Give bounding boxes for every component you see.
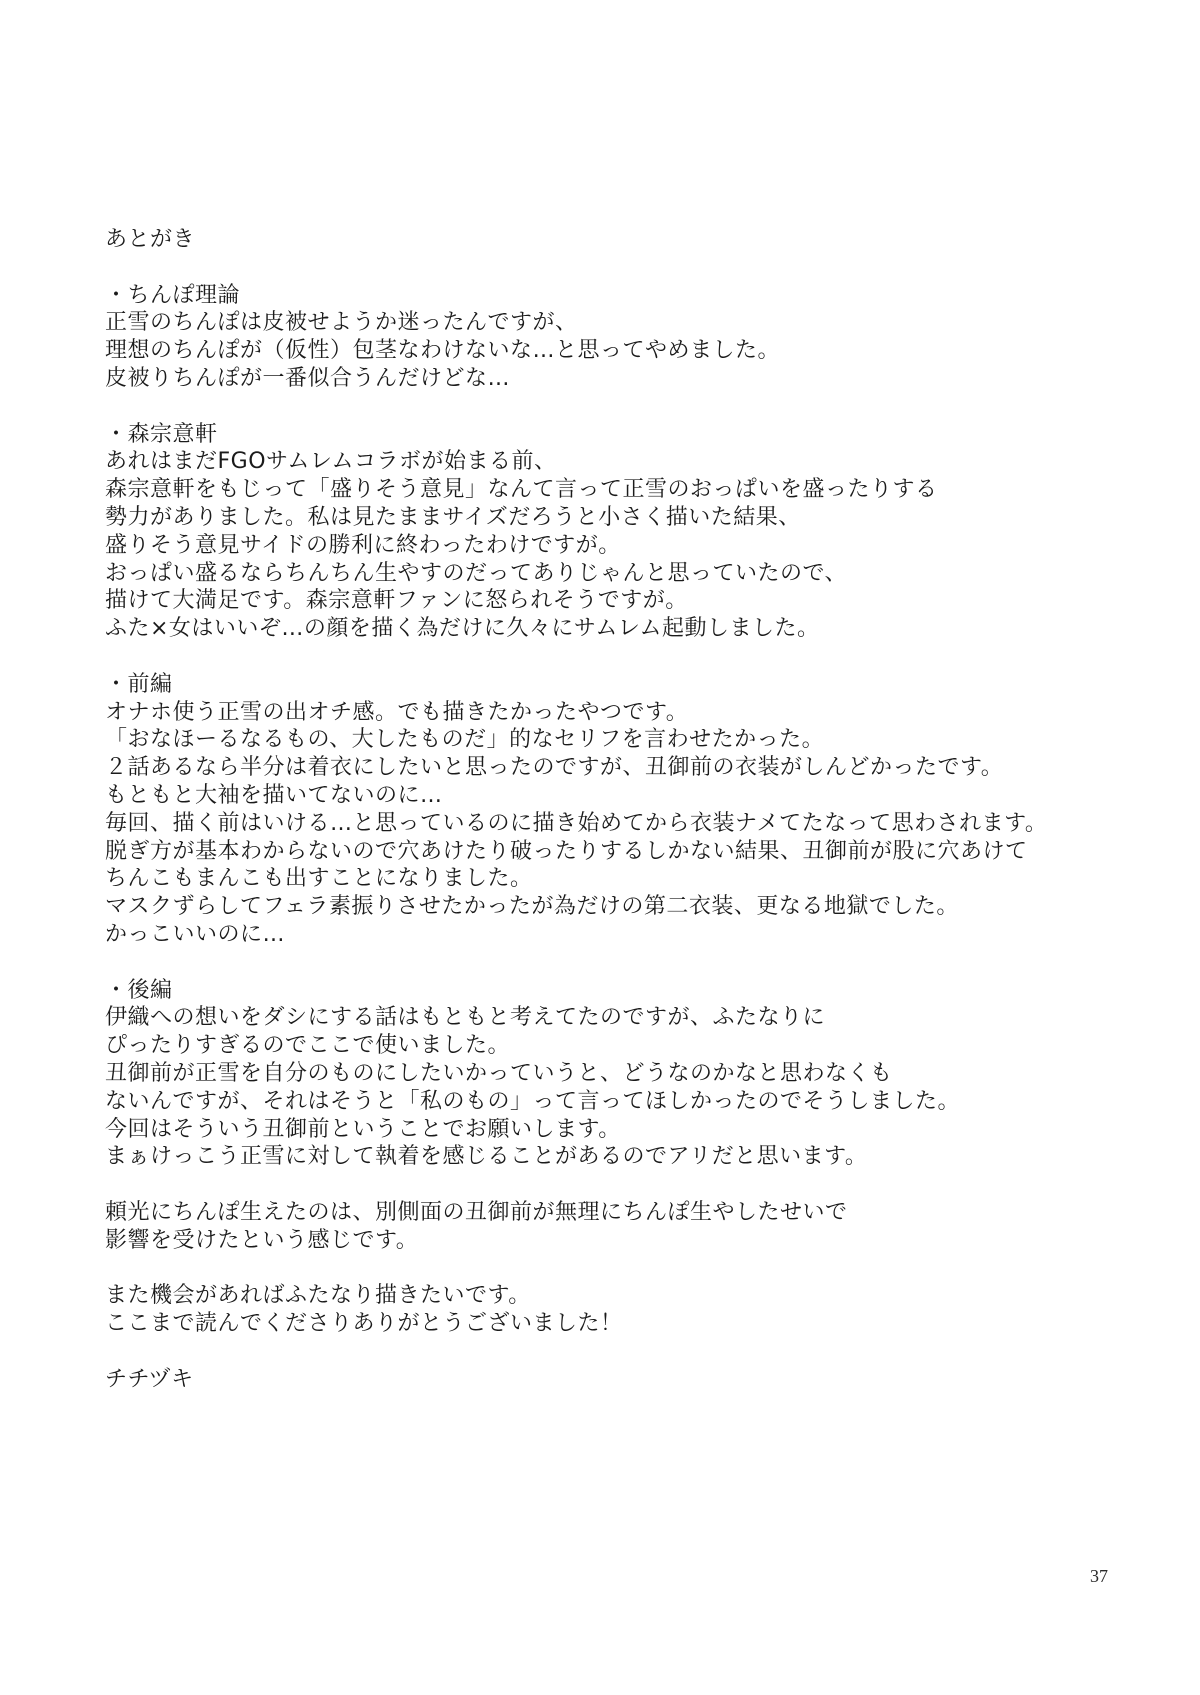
text-line: 毎回、描く前はいける…と思っているのに描き始めてから衣装ナメてたなって思わされま… — [105, 810, 1115, 838]
text-line: 「おなほーるなるもの、大したものだ」的なセリフを言わせたかった。 — [105, 726, 1115, 754]
text-line: 伊織への想いをダシにする話はもともと考えてたのですが、ふたなりに — [105, 1004, 1115, 1032]
text-line: 描けて大満足です。森宗意軒ファンに怒られそうですが。 — [105, 587, 1115, 615]
text-line: あとがき — [105, 226, 1115, 254]
page-number: 37 — [1090, 1566, 1108, 1587]
text-line: おっぱい盛るならちんちん生やすのだってありじゃんと思っていたので、 — [105, 560, 1115, 588]
text-line — [105, 949, 1115, 977]
text-line — [105, 1254, 1115, 1282]
text-line: 今回はそういう丑御前ということでお願いします。 — [105, 1116, 1115, 1144]
text-line: ・ちんぽ理論 — [105, 282, 1115, 310]
text-line: ２話あるなら半分は着衣にしたいと思ったのですが、丑御前の衣装がしんどかったです。 — [105, 754, 1115, 782]
text-line: あれはまだFGOサムレムコラボが始まる前、 — [105, 448, 1115, 476]
text-line: ・前編 — [105, 671, 1115, 699]
text-line: 皮被りちんぽが一番似合うんだけどな… — [105, 365, 1115, 393]
text-line: マスクずらしてフェラ素振りさせたかったが為だけの第二衣装、更なる地獄でした。 — [105, 893, 1115, 921]
text-line: 丑御前が正雪を自分のものにしたいかっていうと、どうなのかなと思わなくも — [105, 1060, 1115, 1088]
afterword-text: あとがき ・ちんぽ理論正雪のちんぽは皮被せようか迷ったんですが、理想のちんぽが（… — [105, 226, 1115, 1393]
text-line: ここまで読んでくださりありがとうございました！ — [105, 1310, 1115, 1338]
text-line — [105, 254, 1115, 282]
text-line: もともと大袖を描いてないのに… — [105, 782, 1115, 810]
text-line: 勢力がありました。私は見たままサイズだろうと小さく描いた結果、 — [105, 504, 1115, 532]
text-line: オナホ使う正雪の出オチ感。でも描きたかったやつです。 — [105, 699, 1115, 727]
text-line: ないんですが、それはそうと「私のもの」って言ってほしかったのでそうしました。 — [105, 1088, 1115, 1116]
text-line: ・森宗意軒 — [105, 421, 1115, 449]
text-line: また機会があればふたなり描きたいです。 — [105, 1282, 1115, 1310]
text-line: 頼光にちんぽ生えたのは、別側面の丑御前が無理にちんぽ生やしたせいで — [105, 1199, 1115, 1227]
text-line — [105, 643, 1115, 671]
text-line — [105, 1171, 1115, 1199]
text-line: ・後編 — [105, 977, 1115, 1005]
text-line: まぁけっこう正雪に対して執着を感じることがあるのでアリだと思います。 — [105, 1143, 1115, 1171]
text-line: 影響を受けたという感じです。 — [105, 1227, 1115, 1255]
text-line: 脱ぎ方が基本わからないので穴あけたり破ったりするしかない結果、丑御前が股に穴あけ… — [105, 838, 1115, 866]
text-line: ふた×女はいいぞ…の顔を描く為だけに久々にサムレム起動しました。 — [105, 615, 1115, 643]
text-line — [105, 1338, 1115, 1366]
text-line: 理想のちんぽが（仮性）包茎なわけないな…と思ってやめました。 — [105, 337, 1115, 365]
text-line — [105, 393, 1115, 421]
text-line: チチヅキ — [105, 1366, 1115, 1394]
text-line: 正雪のちんぽは皮被せようか迷ったんですが、 — [105, 309, 1115, 337]
text-line: 盛りそう意見サイドの勝利に終わったわけですが。 — [105, 532, 1115, 560]
text-line: ちんこもまんこも出すことになりました。 — [105, 865, 1115, 893]
text-line: かっこいいのに… — [105, 921, 1115, 949]
text-line: 森宗意軒をもじって「盛りそう意見」なんて言って正雪のおっぱいを盛ったりする — [105, 476, 1115, 504]
text-line: ぴったりすぎるのでここで使いました。 — [105, 1032, 1115, 1060]
afterword-page: あとがき ・ちんぽ理論正雪のちんぽは皮被せようか迷ったんですが、理想のちんぽが（… — [0, 0, 1200, 1695]
